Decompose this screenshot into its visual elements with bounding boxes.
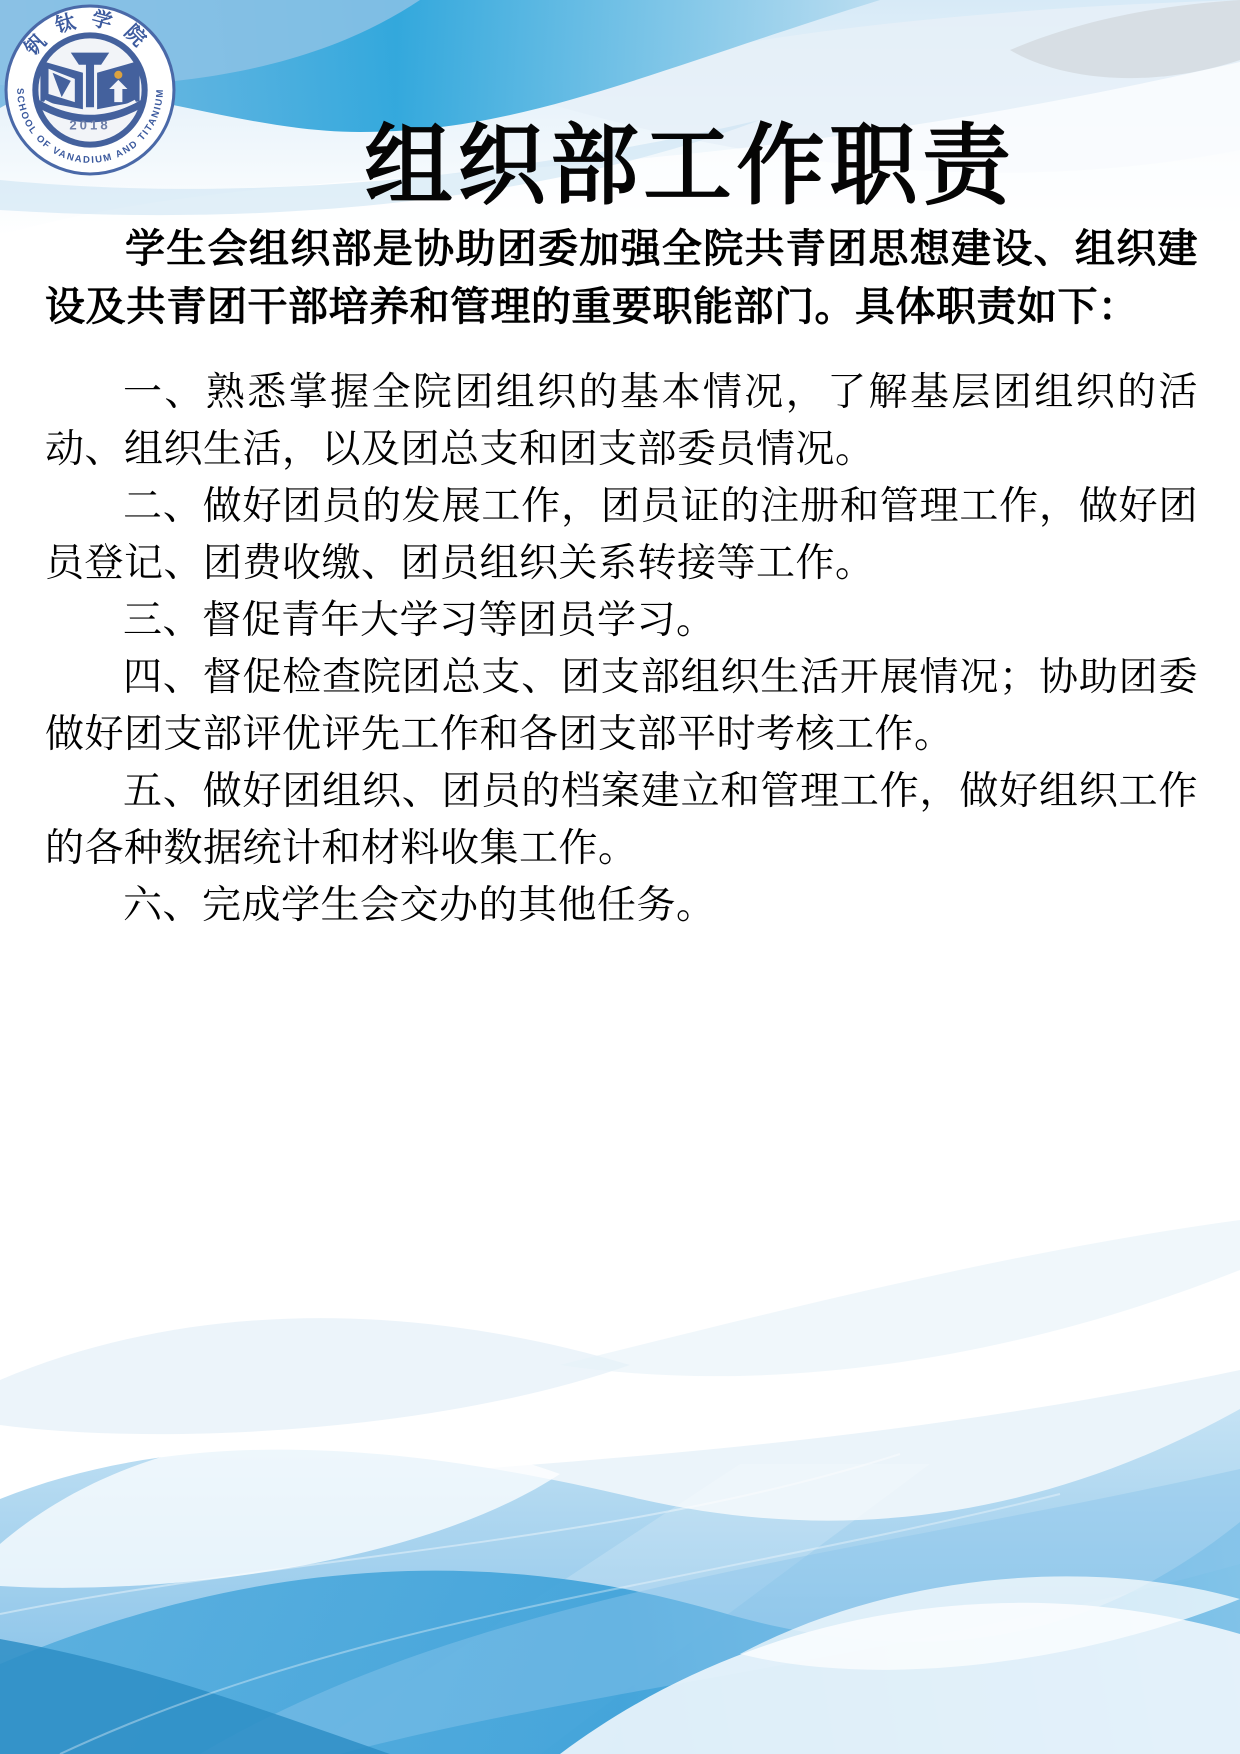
duty-item-5: 五、做好团组织、团员的档案建立和管理工作，做好组织工作的各种数据统计和材料收集工… (45, 763, 1198, 877)
duty-item-2: 二、做好团员的发展工作，团员证的注册和管理工作，做好团员登记、团费收缴、团员组织… (45, 478, 1198, 592)
school-logo: 2018 钒钛学院 SCHOOL OF VANADIUM AND TITANIU… (4, 4, 176, 176)
duty-item-1: 一、熟悉掌握全院团组织的基本情况，了解基层团组织的活动、组织生活，以及团总支和团… (45, 364, 1198, 478)
duties-list: 一、熟悉掌握全院团组织的基本情况，了解基层团组织的活动、组织生活，以及团总支和团… (45, 364, 1198, 934)
poster-body: 学生会组织部是协助团委加强全院共青团思想建设、组织建设及共青团干部培养和管理的重… (45, 220, 1198, 934)
figure-head-dot (114, 71, 122, 79)
bottom-wave-decoration (0, 1334, 1240, 1754)
middle-wave-decoration (0, 1120, 1240, 1520)
logo-year: 2018 (69, 117, 110, 132)
duty-item-6: 六、完成学生会交办的其他任务。 (45, 877, 1198, 934)
duty-item-3: 三、督促青年大学习等团员学习。 (45, 592, 1198, 649)
poster-page: 2018 钒钛学院 SCHOOL OF VANADIUM AND TITANIU… (0, 0, 1240, 1754)
intro-paragraph: 学生会组织部是协助团委加强全院共青团思想建设、组织建设及共青团干部培养和管理的重… (45, 220, 1198, 336)
duty-item-4: 四、督促检查院团总支、团支部组织生活开展情况；协助团委做好团支部评优评先工作和各… (45, 649, 1198, 763)
page-title: 组织部工作职责 (160, 117, 1220, 214)
